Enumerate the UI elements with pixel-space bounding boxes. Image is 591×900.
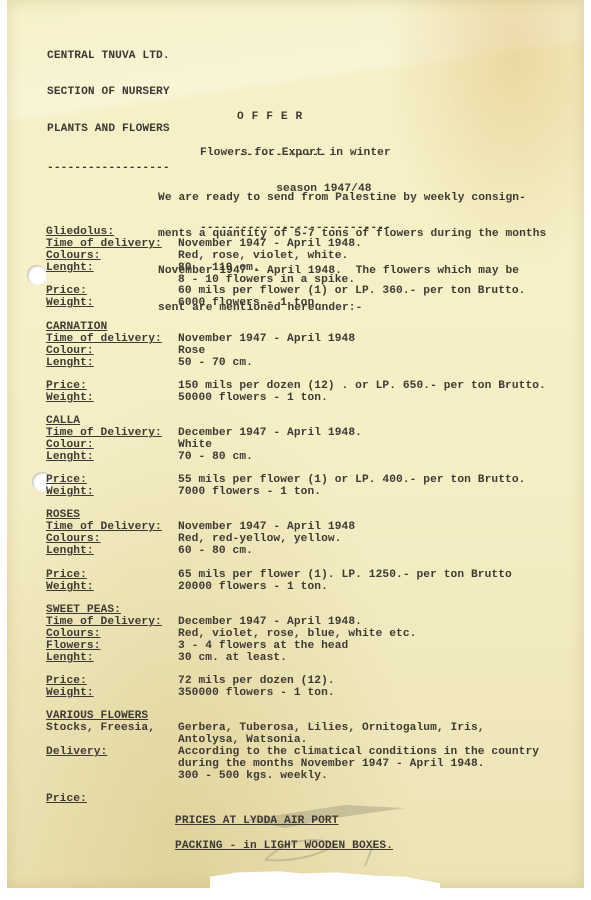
section-heading-roses: ROSES [46, 509, 80, 521]
field-value: 80 - 110 cm. [178, 262, 260, 274]
field-label: Colours: [46, 250, 101, 262]
field-label: Price: [46, 285, 87, 297]
field-label: Weight: [46, 392, 94, 404]
letterhead: CENTRAL TNUVA LTD. SECTION OF NURSERY PL… [47, 25, 170, 187]
field-value: November 1947 - April 1948 [178, 521, 355, 533]
field-value: December 1947 - April 1948. [178, 427, 362, 439]
field-label: Price: [46, 793, 87, 805]
field-value: 30 cm. at least. [178, 652, 287, 664]
field-label: Price: [46, 569, 87, 581]
field-value: 60 - 80 cm. [178, 545, 253, 557]
section-heading-various: VARIOUS FLOWERS [46, 710, 148, 722]
field-label: Delivery: [46, 746, 107, 758]
field-label: Time of Delivery: [46, 427, 162, 439]
various-list: Gerbera, Tuberosa, Lilies, Ornitogalum, … [178, 722, 485, 734]
footer-prices-note: PRICES AT LYDDA AIR PORT [175, 815, 339, 827]
field-value: 350000 flowers - 1 ton. [178, 687, 335, 699]
field-value: November 1947 - April 1948. [178, 238, 362, 250]
field-value: 150 mils per dozen (12) . or LP. 650.- p… [178, 380, 546, 392]
field-label: Price: [46, 675, 87, 687]
field-label: Time of delivery: [46, 333, 162, 345]
field-label: Price: [46, 380, 87, 392]
field-value: 60 mils per flower (1) or LP. 360.- per … [178, 285, 526, 297]
field-value: 50000 flowers - 1 ton. [178, 392, 328, 404]
field-label: Colour: [46, 439, 94, 451]
field-value: 3 - 4 flowers at the head [178, 640, 348, 652]
field-value: during the months November 1947 - April … [178, 758, 485, 770]
faint-stamp-mark [225, 800, 425, 870]
footer-packing-note: PACKING - in LIGHT WOODEN BOXES. [175, 840, 393, 852]
section-heading-gladiolus: Gliedolus: [46, 226, 114, 238]
field-value: Rose [178, 345, 205, 357]
field-label: Weight: [46, 297, 94, 309]
letterhead-rule: ------------------ [47, 162, 170, 174]
field-label: Lenght: [46, 357, 94, 369]
punch-hole [27, 265, 47, 285]
subtitle-line: Flowers for Export in winter [200, 147, 391, 159]
field-value: Red, red-yellow, yellow. [178, 533, 342, 545]
field-label: Flowers: [46, 640, 101, 652]
field-label: Lenght: [46, 451, 94, 463]
field-label: Lenght: [46, 652, 94, 664]
field-value: 72 mils per dozen (12). [178, 675, 335, 687]
field-label: Weight: [46, 687, 94, 699]
field-value: 65 mils per flower (1). LP. 1250.- per t… [178, 569, 512, 581]
field-label: Colours: [46, 533, 101, 545]
field-label: Time of Delivery: [46, 521, 162, 533]
field-value: 55 mils per flower (1) or LP. 400.- per … [178, 474, 526, 486]
field-label: Weight: [46, 581, 94, 593]
field-value: November 1947 - April 1948 [178, 333, 355, 345]
field-value: 50 - 70 cm. [178, 357, 253, 369]
various-list: Antolysa, Watsonia. [178, 734, 307, 746]
section-heading-sweet-peas: SWEET PEAS: [46, 604, 121, 616]
field-value: White [178, 439, 212, 451]
field-value: 7000 flowers - 1 ton. [178, 486, 321, 498]
intro-line: We are ready to send from Palestine by w… [158, 192, 546, 204]
field-value: According to the climatical conditions i… [178, 746, 539, 758]
field-value: Red, violet, rose, blue, white etc. [178, 628, 416, 640]
field-label: Colours: [46, 628, 101, 640]
field-value: 6000 flowers - 1 ton. [178, 297, 321, 309]
letterhead-line: PLANTS AND FLOWERS [47, 123, 170, 135]
field-label: Price: [46, 474, 87, 486]
field-value: December 1947 - April 1948. [178, 616, 362, 628]
various-list-start: Stocks, Freesia, [46, 722, 155, 734]
letterhead-line: SECTION OF NURSERY [47, 86, 170, 98]
field-label: Colour: [46, 345, 94, 357]
field-value: Red, rose, violet, white. [178, 250, 348, 262]
field-label: Time of Delivery: [46, 616, 162, 628]
letterhead-line: CENTRAL TNUVA LTD. [47, 50, 170, 62]
section-heading-calla: CALLA [46, 415, 80, 427]
field-label: Time of delivery: [46, 238, 162, 250]
field-label: Lenght: [46, 545, 94, 557]
field-label: Weight: [46, 486, 94, 498]
field-value: 300 - 500 kgs. weekly. [178, 770, 328, 782]
field-value: 20000 flowers - 1 ton. [178, 581, 328, 593]
field-label: Lenght: [46, 262, 94, 274]
field-value: 70 - 80 cm. [178, 451, 253, 463]
section-heading-carnation: CARNATION [46, 321, 107, 333]
